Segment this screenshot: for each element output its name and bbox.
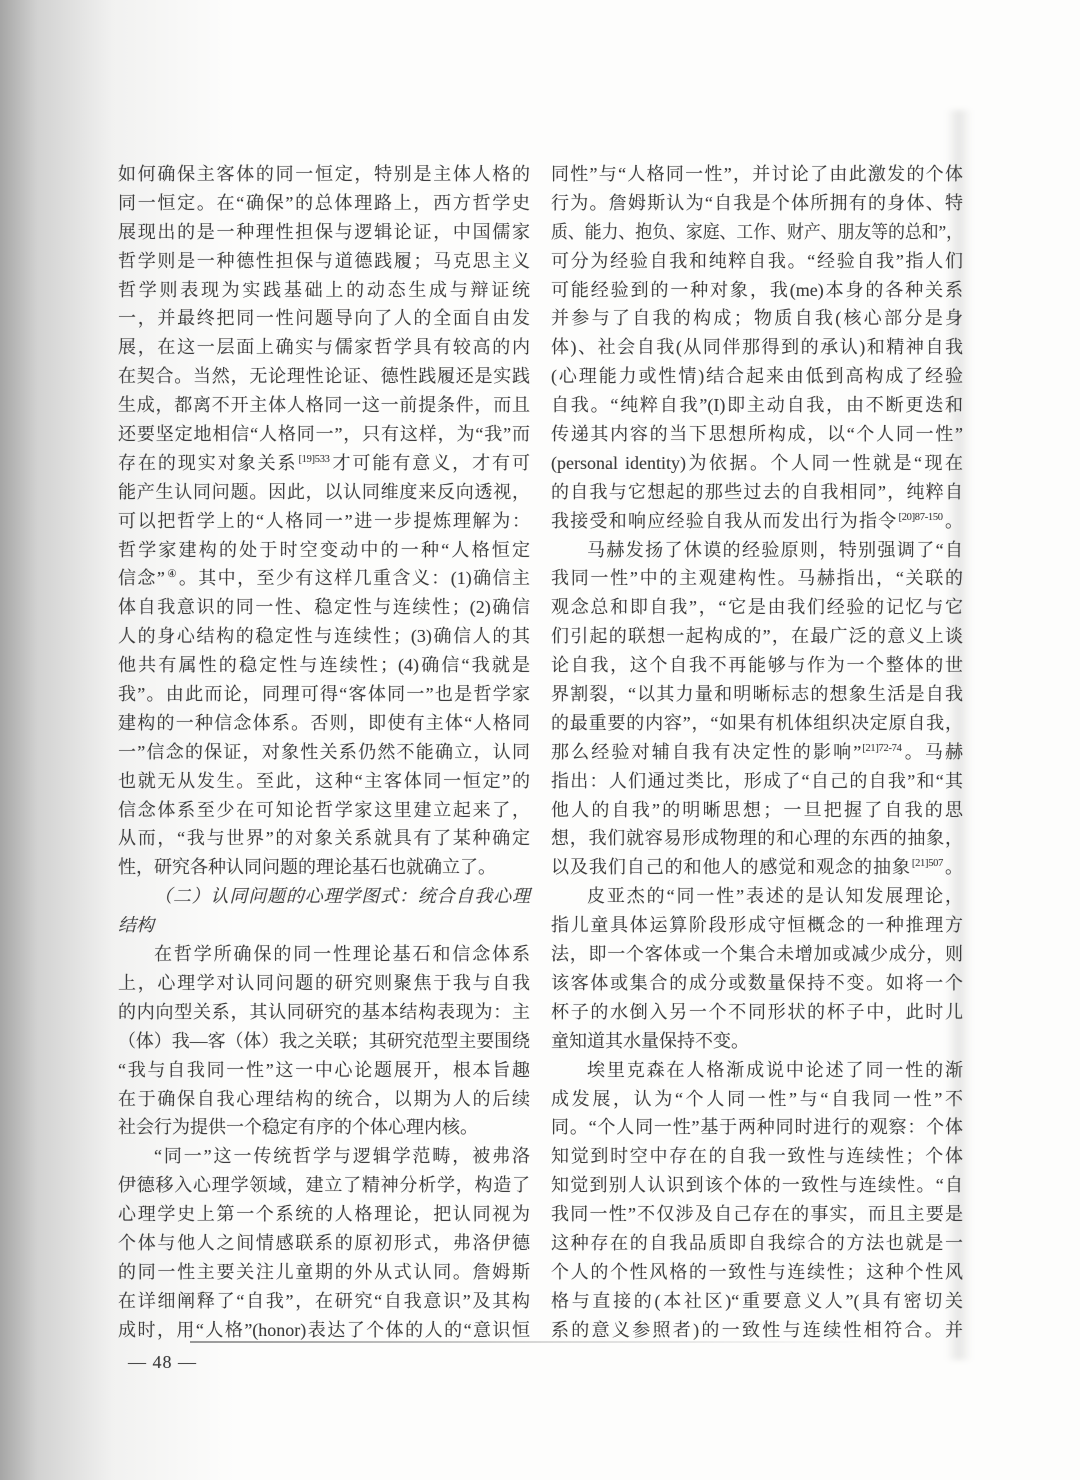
text-line: 生成，都离不开主体人格同一这一前提条件，而且	[118, 391, 530, 420]
text-line: 在于确保自我心理结构的统合，以期为人的后续	[118, 1085, 530, 1114]
text-line: 展，在这一层面上确实与儒家哲学具有较高的内	[118, 333, 530, 362]
text-line: 指出：人们通过类比，形成了“自己的自我”和“其	[551, 767, 963, 796]
text-line: 可能经验到的一种对象，我(me)本身的各种关系	[551, 276, 963, 305]
text-line: 在详细阐释了“自我”，在研究“自我意识”及其构	[118, 1287, 530, 1316]
text-line: 们引起的联想一起构成的”，在最广泛的意义上谈	[551, 622, 963, 651]
text-line: 可以把哲学上的“人格同一”进一步提炼理解为：	[118, 507, 530, 536]
text-line: 社会行为提供一个稳定有序的个体心理内核。	[118, 1113, 530, 1142]
text-line: 还要坚定地相信“人格同一”，只有这样，为“我”而	[118, 420, 530, 449]
text-line: 体自我意识的同一性、稳定性与连续性；(2)确信	[118, 593, 530, 622]
text-line: 我同一性”中的主观建构性。马赫指出，“关联的	[551, 564, 963, 593]
text-line: (心理能力或性情)结合起来由低到高构成了经验	[551, 362, 963, 391]
text-line: (personal identity)为依据。个人同一性就是“现在	[551, 449, 963, 478]
text-line: 的最重要的内容”，“如果有机体组织决定原自我，	[551, 709, 963, 738]
text-line: 该客体或集合的成分或数量保持不变。如将一个	[551, 969, 963, 998]
text-line: 成发展，认为“个人同一性”与“自我同一性”不	[551, 1085, 963, 1114]
text-line: 从而，“我与世界”的对象关系就具有了某种确定	[118, 824, 530, 853]
text-line: 存在的现实对象关系[19]533才可能有意义，才有可	[118, 449, 530, 478]
citation-marker: ④	[165, 569, 179, 580]
text-line: 的同一性主要关注儿童期的外从式认同。詹姆斯	[118, 1258, 530, 1287]
text-line: 伊德移入心理学领域，建立了精神分析学，构造了	[118, 1171, 530, 1200]
text-line: 个人的个性风格的一致性与连续性；这种个性风	[551, 1258, 963, 1287]
text-line: 童知道其水量保持不变。	[551, 1027, 963, 1056]
text-line: 他共有属性的稳定性与连续性；(4)确信“我就是	[118, 651, 530, 680]
text-line: 传递其内容的当下思想所构成，以“个人同一性”	[551, 420, 963, 449]
text-line: 我接受和响应经验自我从而发出行为指令[20]87-150。	[551, 507, 963, 536]
text-line: 指儿童具体运算阶段形成守恒概念的一种推理方	[551, 911, 963, 940]
text-line: 知觉到时空中存在的自我一致性与连续性；个体	[551, 1142, 963, 1171]
text-line: 一”信念的保证，对象性关系仍然不能确立，认同	[118, 738, 530, 767]
text-line: 可分为经验自我和纯粹自我。“经验自我”指人们	[551, 247, 963, 276]
text-line: 一，并最终把同一性问题导向了人的全面自由发	[118, 304, 530, 333]
text-line: 如何确保主客体的同一恒定，特别是主体人格的	[118, 160, 530, 189]
text-line: 信念体系至少在可知论哲学家这里建立起来了，	[118, 796, 530, 825]
citation-marker: [21]507	[911, 858, 944, 869]
text-line: 法，即一个客体或一个集合未增加或减少成分，则	[551, 940, 963, 969]
text-line: 的内向型关系，其认同研究的基本结构表现为：主	[118, 998, 530, 1027]
text-line: 同性”与“人格同一性”，并讨论了由此激发的个体	[551, 160, 963, 189]
text-line: 哲学则表现为实践基础上的动态生成与辩证统	[118, 276, 530, 305]
text-line: 哲学则是一种德性担保与道德践履；马克思主义	[118, 247, 530, 276]
text-line: （二）认同问题的心理学图式：统合自我心理	[118, 882, 530, 911]
text-line: 在哲学所确保的同一性理论基石和信念体系	[118, 940, 530, 969]
text-line: 结构	[118, 911, 530, 940]
text-line: 能产生认同问题。因此，以认同维度来反向透视，	[118, 478, 530, 507]
text-line: 以及我们自己的和他人的感觉和观念的抽象[21]507。	[551, 853, 963, 882]
text-line: 自我。“纯粹自我”(I)即主动自我，由不断更迭和	[551, 391, 963, 420]
text-line: 体)、社会自我(从同伴那得到的承认)和精神自我	[551, 333, 963, 362]
text-line: “同一”这一传统哲学与逻辑学范畴，被弗洛	[118, 1142, 530, 1171]
text-line: 心理学史上第一个系统的人格理论，把认同视为	[118, 1200, 530, 1229]
citation-marker: [19]533	[297, 454, 330, 465]
text-line: 界割裂，“以其力量和明晰标志的想象生活是自我	[551, 680, 963, 709]
citation-marker: [21]72-74	[861, 743, 902, 754]
text-line: 那么经验对辅自我有决定性的影响”[21]72-74。马赫	[551, 738, 963, 767]
text-line: 杯子的水倒入另一个不同形状的杯子中，此时儿	[551, 998, 963, 1027]
text-line: 皮亚杰的“同一性”表述的是认知发展理论，	[551, 882, 963, 911]
text-line: 哲学家建构的处于时空变动中的一种“人格恒定	[118, 536, 530, 565]
text-line: 也就无从发生。至此，这种“主客体同一恒定”的	[118, 767, 530, 796]
text-line: 信念”④。其中，至少有这样几重含义：(1)确信主	[118, 564, 530, 593]
text-line: 论自我，这个自我不再能够与作为一个整体的世	[551, 651, 963, 680]
text-line: 上，心理学对认同问题的研究则聚焦于我与自我	[118, 969, 530, 998]
citation-marker: [20]87-150	[898, 512, 944, 523]
text-line: 同一恒定。在“确保”的总体理路上，西方哲学史	[118, 189, 530, 218]
text-line: 埃里克森在人格渐成说中论述了同一性的渐	[551, 1056, 963, 1085]
text-line: 系的意义参照者)的一致性与连续性相符合。并	[551, 1316, 963, 1345]
text-line: 想，我们就容易形成物理的和心理的东西的抽象，	[551, 824, 963, 853]
text-line: 行为。詹姆斯认为“自我是个体所拥有的身体、特	[551, 189, 963, 218]
text-line: 我同一性”不仅涉及自己存在的事实，而且主要是	[551, 1200, 963, 1229]
text-line: 的自我与它想起的那些过去的自我相同”，纯粹自	[551, 478, 963, 507]
text-line: 观念总和即自我”，“它是由我们经验的记忆与它	[551, 593, 963, 622]
text-line: 同。“个人同一性”基于两种同时进行的观察：个体	[551, 1113, 963, 1142]
text-line: 性，研究各种认同问题的理论基石也就确立了。	[118, 853, 530, 882]
text-line: 建构的一种信念体系。否则，即使有主体“人格同	[118, 709, 530, 738]
text-column-left: 如何确保主客体的同一恒定，特别是主体人格的同一恒定。在“确保”的总体理路上，西方…	[118, 160, 530, 1345]
text-line: 人的身心结构的稳定性与连续性；(3)确信人的其	[118, 622, 530, 651]
text-line: “我与自我同一性”这一中心论题展开，根本旨趣	[118, 1056, 530, 1085]
text-line: 并参与了自我的构成；物质自我(核心部分是身	[551, 304, 963, 333]
text-line: 展现出的是一种理性担保与逻辑论证，中国儒家	[118, 218, 530, 247]
text-line: 他人的自我”的明晰思想；一旦把握了自我的思	[551, 796, 963, 825]
text-line: 个体与他人之间情感联系的原初形式，弗洛伊德	[118, 1229, 530, 1258]
text-line: 这种存在的自我品质即自我综合的方法也就是一	[551, 1229, 963, 1258]
text-line: 格与直接的(本社区)“重要意义人”(具有密切关	[551, 1287, 963, 1316]
text-line: 在契合。当然，无论理性论证、德性践履还是实践	[118, 362, 530, 391]
text-line: 我”。由此而论，同理可得“客体同一”也是哲学家	[118, 680, 530, 709]
text-line: 马赫发扬了休谟的经验原则，特别强调了“自	[551, 536, 963, 565]
page-number: — 48 —	[128, 1352, 238, 1373]
text-line: 成时，用“人格”(honor)表达了个体的人的“意识恒	[118, 1316, 530, 1345]
text-line: （体）我—客（体）我之关联；其研究范型主要围绕	[118, 1027, 528, 1056]
text-line: 知觉到别人认识到该个体的一致性与连续性。“自	[551, 1171, 963, 1200]
text-line: 质、能力、抱负、家庭、工作、财产、朋友等的总和”，	[551, 218, 937, 247]
text-column-right: 同性”与“人格同一性”，并讨论了由此激发的个体行为。詹姆斯认为“自我是个体所拥有…	[551, 160, 963, 1345]
